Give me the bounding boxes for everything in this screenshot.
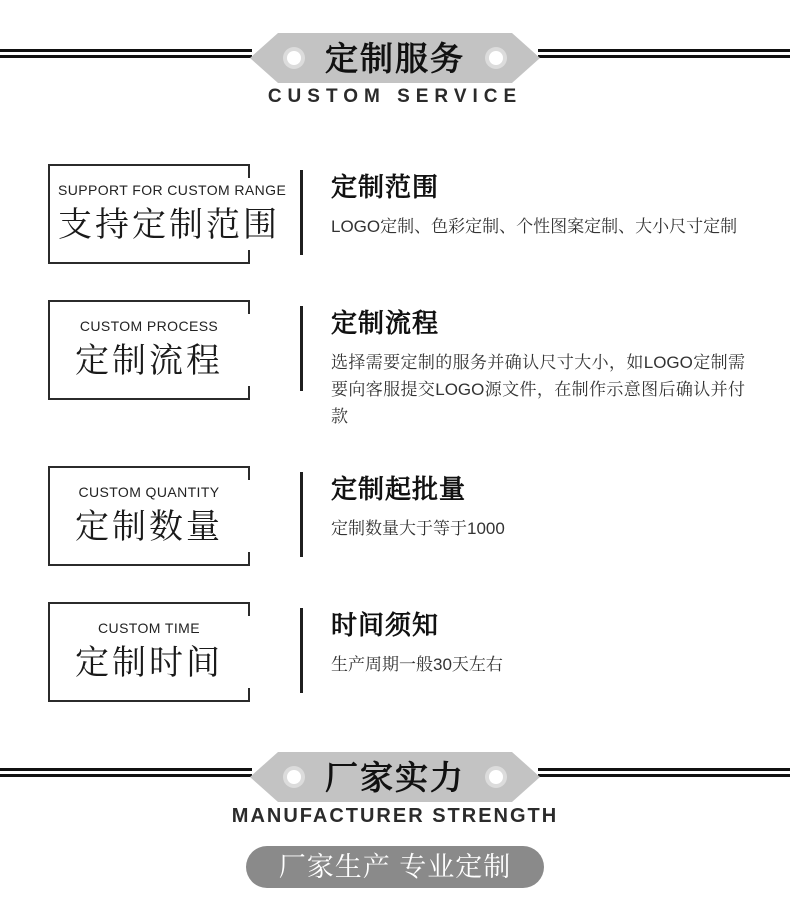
feature-row-custom-process: CUSTOM PROCESS 定制流程 定制流程 选择需要定制的服务并确认尺寸大… — [48, 300, 745, 430]
row-content: 定制范围 LOGO定制、色彩定制、个性图案定制、大小尺寸定制 — [303, 164, 745, 240]
feature-row-custom-quantity: CUSTOM QUANTITY 定制数量 定制起批量 定制数量大于等于1000 — [48, 466, 745, 566]
banner-title: 厂家实力 — [325, 761, 465, 794]
hexagon-badge: 厂家实力 — [250, 752, 540, 802]
banner-bottom: 厂家实力 — [0, 752, 790, 802]
row-body: LOGO定制、色彩定制、个性图案定制、大小尺寸定制 — [331, 213, 745, 240]
double-rule-left — [0, 49, 252, 58]
info-box-zh-label: 支持定制范围 — [58, 203, 248, 247]
double-rule-left — [0, 768, 252, 777]
row-heading: 定制范围 — [331, 170, 745, 204]
row-body: 定制数量大于等于1000 — [331, 515, 745, 542]
info-box-en-label: CUSTOM PROCESS — [50, 317, 248, 337]
decor-dot-icon — [489, 51, 503, 65]
info-box-en-label: CUSTOM QUANTITY — [50, 483, 248, 503]
banner-subtitle: CUSTOM SERVICE — [0, 86, 790, 108]
row-heading: 定制流程 — [331, 306, 745, 340]
info-box-en-label: SUPPORT FOR CUSTOM RANGE — [58, 181, 248, 201]
double-rule-right — [538, 49, 790, 58]
decor-dot-icon — [489, 770, 503, 784]
info-box-en-label: CUSTOM TIME — [50, 619, 248, 639]
banner-subtitle: MANUFACTURER STRENGTH — [0, 805, 790, 828]
banner-top: 定制服务 — [0, 33, 790, 83]
row-body: 生产周期一般30天左右 — [331, 651, 745, 678]
banner-title: 定制服务 — [325, 42, 465, 75]
row-content: 定制起批量 定制数量大于等于1000 — [303, 466, 745, 542]
manufacturer-custom-button[interactable]: 厂家生产 专业定制 — [246, 846, 544, 888]
row-body: 选择需要定制的服务并确认尺寸大小，如LOGO定制需要向客服提交LOGO源文件，在… — [331, 349, 745, 430]
row-content: 时间须知 生产周期一般30天左右 — [303, 602, 745, 678]
info-box-custom-time: CUSTOM TIME 定制时间 — [48, 602, 248, 702]
info-box-custom-process: CUSTOM PROCESS 定制流程 — [48, 300, 248, 400]
row-heading: 定制起批量 — [331, 472, 745, 506]
feature-row-custom-time: CUSTOM TIME 定制时间 时间须知 生产周期一般30天左右 — [48, 602, 745, 702]
row-content: 定制流程 选择需要定制的服务并确认尺寸大小，如LOGO定制需要向客服提交LOGO… — [303, 300, 745, 430]
info-box-zh-label: 定制数量 — [50, 505, 248, 549]
info-box-custom-quantity: CUSTOM QUANTITY 定制数量 — [48, 466, 248, 566]
feature-row-custom-range: SUPPORT FOR CUSTOM RANGE 支持定制范围 定制范围 LOG… — [48, 164, 745, 264]
row-heading: 时间须知 — [331, 608, 745, 642]
feature-list: SUPPORT FOR CUSTOM RANGE 支持定制范围 定制范围 LOG… — [48, 164, 745, 702]
info-box-custom-range: SUPPORT FOR CUSTOM RANGE 支持定制范围 — [48, 164, 248, 264]
info-box-zh-label: 定制时间 — [50, 641, 248, 685]
double-rule-right — [538, 768, 790, 777]
hexagon-badge: 定制服务 — [250, 33, 540, 83]
info-box-zh-label: 定制流程 — [50, 339, 248, 383]
decor-dot-icon — [287, 51, 301, 65]
decor-dot-icon — [287, 770, 301, 784]
